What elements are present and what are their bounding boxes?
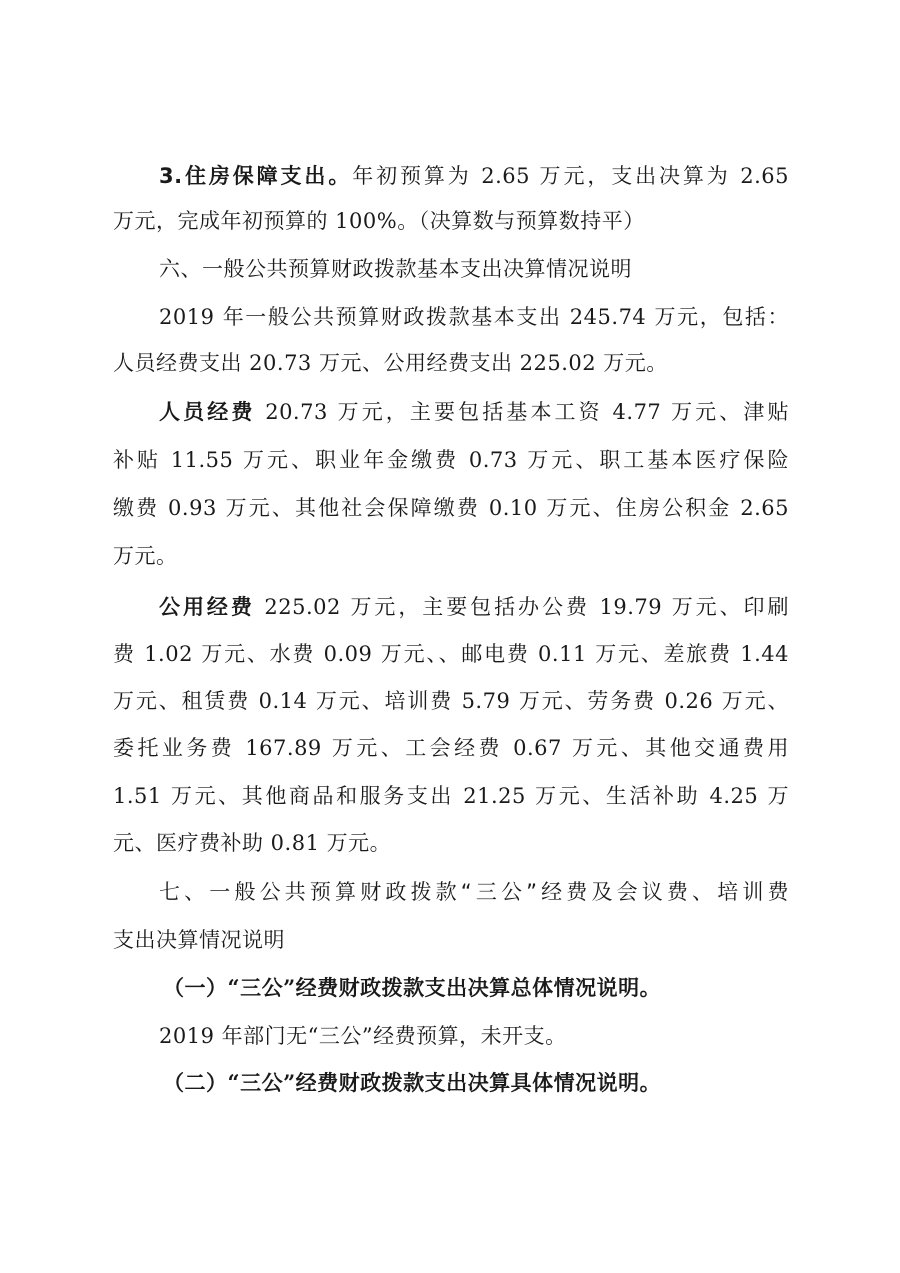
section-6-intro-line-1: 2019 年一般公共预算财政拨款基本支出 245.74 万元，包括： bbox=[159, 297, 789, 337]
personnel-paragraph-line-4: 万元。 bbox=[113, 536, 178, 576]
personnel-paragraph-line-1: 人员经费 20.73 万元，主要包括基本工资 4.77 万元、津贴 bbox=[159, 392, 789, 432]
public-label: 公用经费 bbox=[159, 595, 255, 619]
housing-paragraph-line-2: 万元，完成年初预算的 100%。（决算数与预算数持平） bbox=[113, 201, 645, 241]
section-7-heading-line-2: 支出决算情况说明 bbox=[113, 920, 285, 960]
public-paragraph-line-3: 万元、租赁费 0.14 万元、培训费 5.79 万元、劳务费 0.26 万元、 bbox=[113, 681, 789, 721]
section-6-intro-line-2: 人员经费支出 20.73 万元、公用经费支出 225.02 万元。 bbox=[113, 343, 668, 383]
section-7-sub-1-text: 2019 年部门无“三公”经费预算，未开支。 bbox=[159, 1016, 567, 1056]
public-paragraph-line-5: 1.51 万元、其他商品和服务支出 21.25 万元、生活补助 4.25 万 bbox=[113, 776, 789, 816]
public-paragraph-line-6: 元、医疗费补助 0.81 万元。 bbox=[113, 823, 391, 863]
section-7-sub-2-heading: （二）“三公”经费财政拨款支出决算具体情况说明。 bbox=[163, 1063, 661, 1103]
section-7-sub-1-heading: （一）“三公”经费财政拨款支出决算总体情况说明。 bbox=[163, 968, 661, 1008]
public-paragraph-line-1: 公用经费 225.02 万元，主要包括办公费 19.79 万元、印刷 bbox=[159, 587, 789, 627]
section-6-heading: 六、一般公共预算财政拨款基本支出决算情况说明 bbox=[159, 249, 632, 289]
public-paragraph-line-4: 委托业务费 167.89 万元、工会经费 0.67 万元、其他交通费用 bbox=[113, 728, 789, 768]
public-paragraph-line-2: 费 1.02 万元、水费 0.09 万元、、邮电费 0.11 万元、差旅费 1.… bbox=[113, 634, 789, 674]
housing-paragraph-line-1: 3.住房保障支出。年初预算为 2.65 万元，支出决算为 2.65 bbox=[159, 156, 789, 196]
housing-text: 年初预算为 2.65 万元，支出决算为 2.65 bbox=[352, 164, 789, 188]
public-text: 225.02 万元，主要包括办公费 19.79 万元、印刷 bbox=[255, 595, 789, 619]
personnel-text: 20.73 万元，主要包括基本工资 4.77 万元、津贴 bbox=[255, 400, 789, 424]
section-7-heading-line-1: 七、一般公共预算财政拨款“三公”经费及会议费、培训费 bbox=[159, 872, 789, 912]
personnel-paragraph-line-3: 缴费 0.93 万元、其他社会保障缴费 0.10 万元、住房公积金 2.65 bbox=[113, 488, 789, 528]
personnel-label: 人员经费 bbox=[159, 400, 255, 424]
personnel-paragraph-line-2: 补贴 11.55 万元、职业年金缴费 0.73 万元、职工基本医疗保险 bbox=[113, 440, 789, 480]
housing-label: 3.住房保障支出。 bbox=[159, 164, 352, 188]
